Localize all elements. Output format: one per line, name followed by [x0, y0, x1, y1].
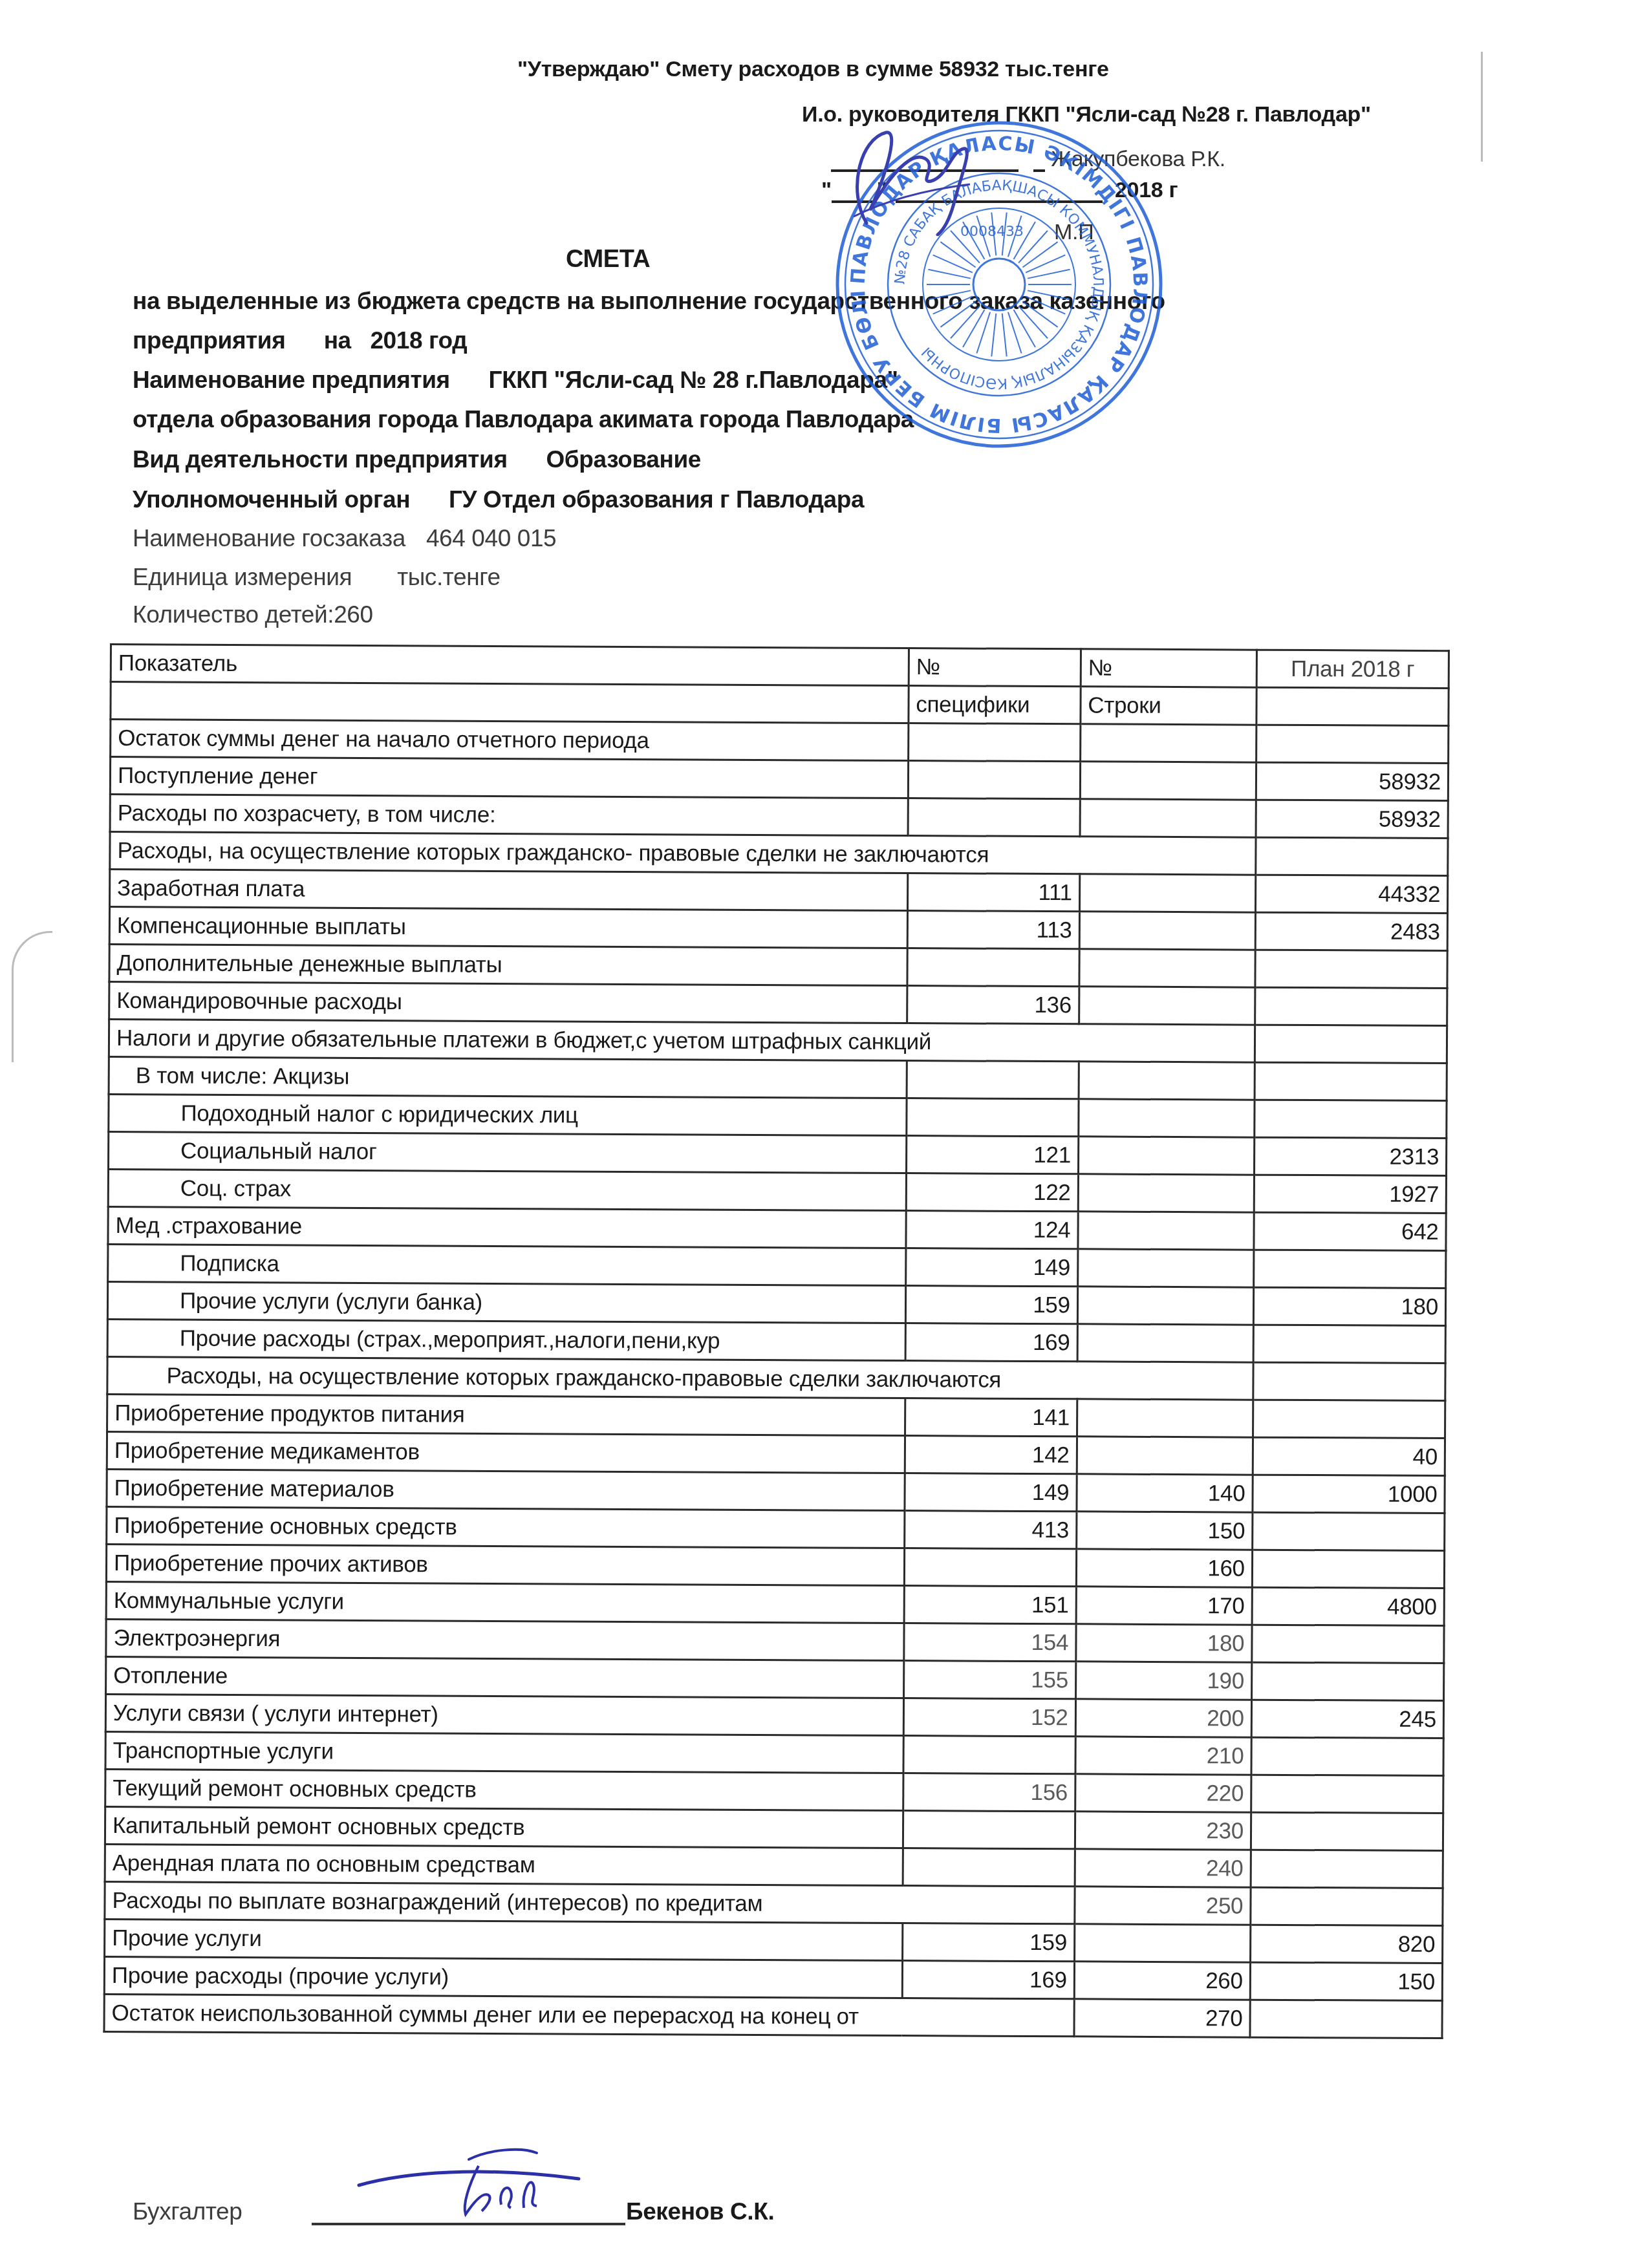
- table-row: Остаток суммы денег на начало отчетного …: [111, 720, 1449, 764]
- row-plan-value: [1253, 1362, 1445, 1400]
- row-spec-no: 111: [907, 873, 1079, 912]
- row-indicator: Поступление денег: [110, 757, 908, 798]
- table-row: Приобретение материалов1491401000: [107, 1469, 1445, 1513]
- row-indicator: Налоги и другие обязательные платежи в б…: [109, 1020, 1255, 1063]
- row-line-no: 250: [1075, 1887, 1251, 1925]
- row-spec-no: 152: [903, 1698, 1075, 1737]
- table-row: Компенсационные выплаты1132483: [109, 907, 1447, 951]
- document-subtitle-2: предприятия на 2018 год: [133, 327, 467, 354]
- row-plan-value: 58932: [1256, 762, 1448, 800]
- row-line-no: 230: [1075, 1812, 1251, 1850]
- table-row: Расходы, на осуществление которых гражда…: [107, 1356, 1445, 1400]
- row-plan-value: [1255, 1025, 1447, 1063]
- row-indicator: Капитальный ремонт основных средств: [105, 1806, 903, 1848]
- subheader-plan-empty: [1256, 687, 1449, 725]
- row-indicator: Приобретение медикаментов: [107, 1431, 905, 1473]
- row-indicator: Прочие услуги (услуги банка): [107, 1281, 905, 1323]
- row-plan-value: [1251, 1662, 1443, 1700]
- table-row: Приобретение продуктов питания141: [107, 1394, 1445, 1438]
- table-row: Электроэнергия154180: [106, 1619, 1444, 1663]
- subheader-spec: специфики: [909, 686, 1081, 724]
- row-spec-no: 155: [903, 1661, 1075, 1699]
- row-spec-no: 113: [907, 911, 1079, 949]
- row-spec-no: [906, 1098, 1078, 1137]
- row-plan-value: 2483: [1255, 912, 1447, 950]
- accountant-role: Бухгалтер: [133, 2198, 242, 2225]
- row-line-no: [1077, 1249, 1253, 1287]
- row-indicator: Социальный налог: [109, 1131, 907, 1173]
- scan-edge-right: [1481, 52, 1483, 162]
- table-row: Капитальный ремонт основных средств230: [105, 1806, 1443, 1850]
- row-line-no: [1077, 1287, 1253, 1325]
- table-row: Подоходный налог с юридических лиц: [109, 1094, 1447, 1138]
- budget-table: Показатель № № План 2018 г специфики Стр…: [103, 643, 1449, 2039]
- table-row: Текущий ремонт основных средств156220: [105, 1769, 1443, 1813]
- subheader-line: Строки: [1081, 687, 1256, 725]
- table-row: Коммунальные услуги1511704800: [106, 1581, 1444, 1625]
- authority-label: Уполномоченный орган: [133, 486, 410, 513]
- row-indicator: Электроэнергия: [106, 1619, 904, 1660]
- row-line-no: [1079, 874, 1255, 912]
- table-row: Арендная плата по основным средствам240: [105, 1844, 1443, 1888]
- row-indicator: Мед .страхование: [108, 1206, 906, 1248]
- table-row: Отопление155190: [106, 1656, 1444, 1700]
- row-line-no: [1078, 1174, 1254, 1212]
- row-plan-value: [1253, 1400, 1445, 1438]
- row-line-no: 270: [1074, 1999, 1250, 2037]
- row-spec-no: 141: [905, 1398, 1077, 1437]
- row-spec-no: [908, 798, 1080, 837]
- children-count: Количество детей:260: [133, 601, 373, 628]
- unit-value: тыс.тенге: [397, 564, 501, 590]
- row-line-no: 210: [1075, 1737, 1251, 1775]
- row-line-no: [1079, 1062, 1255, 1100]
- row-indicator: Отопление: [106, 1656, 904, 1698]
- row-plan-value: [1255, 950, 1447, 988]
- row-indicator: Прочие услуги: [105, 1919, 903, 1960]
- table-row: Расходы, на осуществление которых гражда…: [110, 832, 1448, 876]
- row-spec-no: 122: [906, 1173, 1078, 1212]
- enterprise-label: Наименование предпиятия: [133, 367, 450, 393]
- table-row: Командировочные расходы136: [109, 982, 1447, 1026]
- row-line-no: [1077, 1324, 1253, 1362]
- row-line-no: 200: [1075, 1699, 1251, 1737]
- row-spec-no: [908, 723, 1080, 762]
- row-plan-value: [1256, 725, 1448, 763]
- row-spec-no: 169: [902, 1961, 1074, 1999]
- row-indicator: Дополнительные денежные выплаты: [109, 945, 907, 986]
- row-indicator: Расходы, на осуществление которых гражда…: [107, 1356, 1253, 1400]
- row-spec-no: 142: [905, 1436, 1077, 1474]
- row-indicator: Остаток неиспользованной суммы денег или…: [104, 1994, 1074, 2036]
- row-plan-value: [1256, 837, 1448, 875]
- row-indicator: Приобретение основных средств: [107, 1506, 905, 1548]
- row-indicator: Подписка: [108, 1244, 906, 1285]
- signature-icon: [841, 113, 983, 236]
- unit-label: Единица измерения: [133, 564, 352, 590]
- row-indicator: Компенсационные выплаты: [109, 907, 907, 948]
- row-plan-value: [1251, 1737, 1443, 1775]
- row-line-no: [1078, 1137, 1254, 1175]
- row-indicator: Приобретение продуктов питания: [107, 1394, 905, 1435]
- table-row: Заработная плата11144332: [110, 870, 1448, 914]
- row-plan-value: 2313: [1254, 1137, 1446, 1175]
- row-indicator: Транспортные услуги: [105, 1731, 903, 1773]
- row-spec-no: 149: [905, 1248, 1077, 1287]
- table-row: Расходы по хозрасчету, в том числе:58932: [110, 795, 1448, 839]
- row-line-no: 150: [1076, 1512, 1252, 1550]
- row-line-no: 180: [1076, 1624, 1252, 1662]
- row-plan-value: [1252, 1550, 1444, 1588]
- row-line-no: [1077, 1437, 1253, 1475]
- row-plan-value: [1251, 1812, 1443, 1850]
- scan-edge-left: [12, 931, 52, 1062]
- row-indicator: Заработная плата: [110, 870, 908, 911]
- table-row: Транспортные услуги210: [105, 1731, 1443, 1775]
- row-indicator: Услуги связи ( услуги интернет): [105, 1694, 903, 1735]
- row-line-no: 260: [1074, 1962, 1250, 2000]
- row-spec-no: 121: [906, 1136, 1078, 1174]
- row-spec-no: [904, 1548, 1076, 1587]
- row-line-no: 220: [1075, 1774, 1251, 1812]
- row-line-no: [1078, 1099, 1254, 1137]
- row-indicator: Расходы по хозрасчету, в том числе:: [110, 795, 908, 836]
- row-indicator: Остаток суммы денег на начало отчетного …: [111, 720, 909, 761]
- row-plan-value: 4800: [1252, 1587, 1444, 1625]
- approval-line: "Утверждаю" Смету расходов в сумме 58932…: [517, 57, 1109, 82]
- header-indicator: Показатель: [111, 645, 909, 686]
- header-plan: План 2018 г: [1256, 650, 1449, 688]
- row-indicator: Расходы, на осуществление которых гражда…: [110, 832, 1256, 875]
- header-line-no: №: [1081, 649, 1256, 687]
- accountant-signature-line: [312, 2223, 625, 2225]
- document-title: СМЕТА: [566, 246, 650, 273]
- row-spec-no: 124: [906, 1211, 1078, 1249]
- row-line-no: [1074, 1924, 1250, 1962]
- activity-label: Вид деятельности предприятия: [133, 446, 508, 473]
- table-row: Прочие расходы (прочие услуги)169260150: [104, 1956, 1442, 2000]
- department-line: отдела образования города Павлодара аким…: [133, 406, 914, 433]
- row-line-no: 170: [1076, 1587, 1252, 1625]
- row-line-no: [1080, 799, 1256, 837]
- enterprise-line: Наименование предпиятия ГККП "Ясли-сад №…: [133, 367, 898, 394]
- row-indicator: Расходы по выплате вознаграждений (интер…: [105, 1881, 1075, 1923]
- row-indicator: В том числе: Акцизы: [109, 1056, 907, 1098]
- table-row: Налоги и другие обязательные платежи в б…: [109, 1020, 1447, 1064]
- table-header-row: Показатель № № План 2018 г: [111, 645, 1449, 689]
- activity-line: Вид деятельности предприятия Образование: [133, 446, 701, 473]
- row-line-no: [1080, 724, 1256, 762]
- row-plan-value: 820: [1250, 1925, 1442, 1963]
- row-indicator: Прочие расходы (страх.,мероприят.,налоги…: [107, 1319, 905, 1360]
- table-row: Остаток неиспользованной суммы денег или…: [104, 1994, 1442, 2038]
- row-indicator: Прочие расходы (прочие услуги): [104, 1956, 902, 1998]
- unit-line: Единица измерения тыс.тенге: [133, 564, 501, 591]
- row-line-no: 160: [1076, 1549, 1252, 1587]
- order-value: 464 040 015: [426, 525, 556, 551]
- table-row: В том числе: Акцизы: [109, 1056, 1447, 1100]
- accountant-name: Бекенов С.К.: [626, 2198, 774, 2225]
- row-plan-value: 150: [1250, 1962, 1442, 2000]
- authority-value: ГУ Отдел образования г Павлодара: [449, 486, 864, 513]
- row-line-no: 190: [1075, 1662, 1251, 1700]
- row-plan-value: 245: [1251, 1700, 1443, 1738]
- row-plan-value: 1000: [1253, 1475, 1445, 1513]
- row-spec-no: 156: [903, 1773, 1075, 1812]
- row-line-no: [1080, 762, 1256, 800]
- table-row: Соц. страх1221927: [108, 1169, 1446, 1213]
- row-plan-value: [1255, 1100, 1447, 1138]
- table-row: Поступление денег58932: [110, 757, 1448, 801]
- table-row: Прочие услуги159820: [105, 1919, 1443, 1963]
- activity-value: Образование: [546, 446, 700, 473]
- row-line-no: 240: [1075, 1849, 1251, 1887]
- row-line-no: [1079, 912, 1255, 950]
- table-body: Показатель № № План 2018 г специфики Стр…: [104, 645, 1449, 2038]
- row-plan-value: [1255, 1062, 1447, 1100]
- row-indicator: Арендная плата по основным средствам: [105, 1844, 903, 1885]
- row-spec-no: [907, 948, 1079, 987]
- row-plan-value: [1250, 2000, 1442, 2038]
- row-indicator: Текущий ремонт основных средств: [105, 1769, 903, 1810]
- header-spec-no: №: [909, 648, 1081, 687]
- order-line: Наименование госзаказа 464 040 015: [133, 525, 556, 552]
- row-plan-value: [1255, 987, 1447, 1025]
- row-spec-no: 169: [905, 1323, 1077, 1362]
- table-row: Приобретение основных средств413150: [107, 1506, 1445, 1550]
- row-spec-no: [908, 761, 1080, 799]
- row-line-no: 140: [1077, 1474, 1253, 1512]
- row-spec-no: 149: [905, 1473, 1077, 1512]
- row-plan-value: 180: [1253, 1287, 1445, 1325]
- row-plan-value: 40: [1253, 1437, 1445, 1475]
- row-line-no: [1079, 949, 1255, 987]
- table-row: Приобретение медикаментов14240: [107, 1431, 1445, 1475]
- table-row: Подписка149: [108, 1244, 1446, 1288]
- row-line-no: [1077, 1399, 1253, 1437]
- row-spec-no: 413: [904, 1511, 1076, 1549]
- table-row: Прочие услуги (услуги банка)159180: [107, 1281, 1445, 1325]
- table-row: Расходы по выплате вознаграждений (интер…: [105, 1881, 1443, 1925]
- row-spec-no: [903, 1811, 1075, 1849]
- row-plan-value: [1251, 1775, 1443, 1813]
- date-quote-open: ": [821, 178, 832, 202]
- row-spec-no: [907, 1061, 1079, 1099]
- row-plan-value: [1251, 1850, 1443, 1888]
- row-plan-value: [1253, 1250, 1445, 1288]
- row-plan-value: 1927: [1254, 1175, 1446, 1213]
- row-indicator: Коммунальные услуги: [106, 1581, 904, 1623]
- row-plan-value: [1252, 1625, 1444, 1663]
- row-spec-no: 154: [904, 1623, 1076, 1662]
- subheader-empty: [111, 682, 909, 723]
- row-plan-value: 58932: [1256, 800, 1448, 838]
- row-plan-value: [1253, 1325, 1445, 1363]
- row-spec-no: 151: [904, 1586, 1076, 1624]
- row-plan-value: [1251, 1887, 1443, 1925]
- row-plan-value: 642: [1254, 1212, 1446, 1250]
- row-spec-no: 159: [905, 1286, 1077, 1324]
- row-indicator: Подоходный налог с юридических лиц: [109, 1094, 907, 1135]
- table-row: Мед .страхование124642: [108, 1206, 1446, 1250]
- authority-line: Уполномоченный орган ГУ Отдел образовани…: [133, 486, 864, 513]
- row-plan-value: 44332: [1255, 875, 1447, 913]
- table-row: Приобретение прочих активов160: [106, 1544, 1444, 1588]
- row-line-no: [1079, 987, 1255, 1025]
- row-line-no: [1078, 1212, 1254, 1250]
- row-indicator: Приобретение прочих активов: [106, 1544, 904, 1585]
- row-indicator: Командировочные расходы: [109, 982, 907, 1023]
- accountant-signature-icon: [352, 2146, 585, 2218]
- table-row: Прочие расходы (страх.,мероприят.,налоги…: [107, 1319, 1445, 1363]
- table-subheader-row: специфики Строки: [111, 682, 1449, 726]
- row-plan-value: [1252, 1512, 1444, 1550]
- order-label: Наименование госзаказа: [133, 525, 405, 551]
- row-spec-no: [903, 1848, 1075, 1887]
- row-spec-no: 159: [902, 1923, 1074, 1962]
- row-indicator: Приобретение материалов: [107, 1469, 905, 1510]
- table-row: Дополнительные денежные выплаты: [109, 945, 1447, 989]
- row-indicator: Соц. страх: [108, 1169, 906, 1210]
- table-row: Социальный налог1212313: [109, 1131, 1447, 1175]
- row-spec-no: 136: [907, 986, 1079, 1024]
- row-spec-no: [903, 1736, 1075, 1774]
- table-row: Услуги связи ( услуги интернет)152200245: [105, 1694, 1443, 1738]
